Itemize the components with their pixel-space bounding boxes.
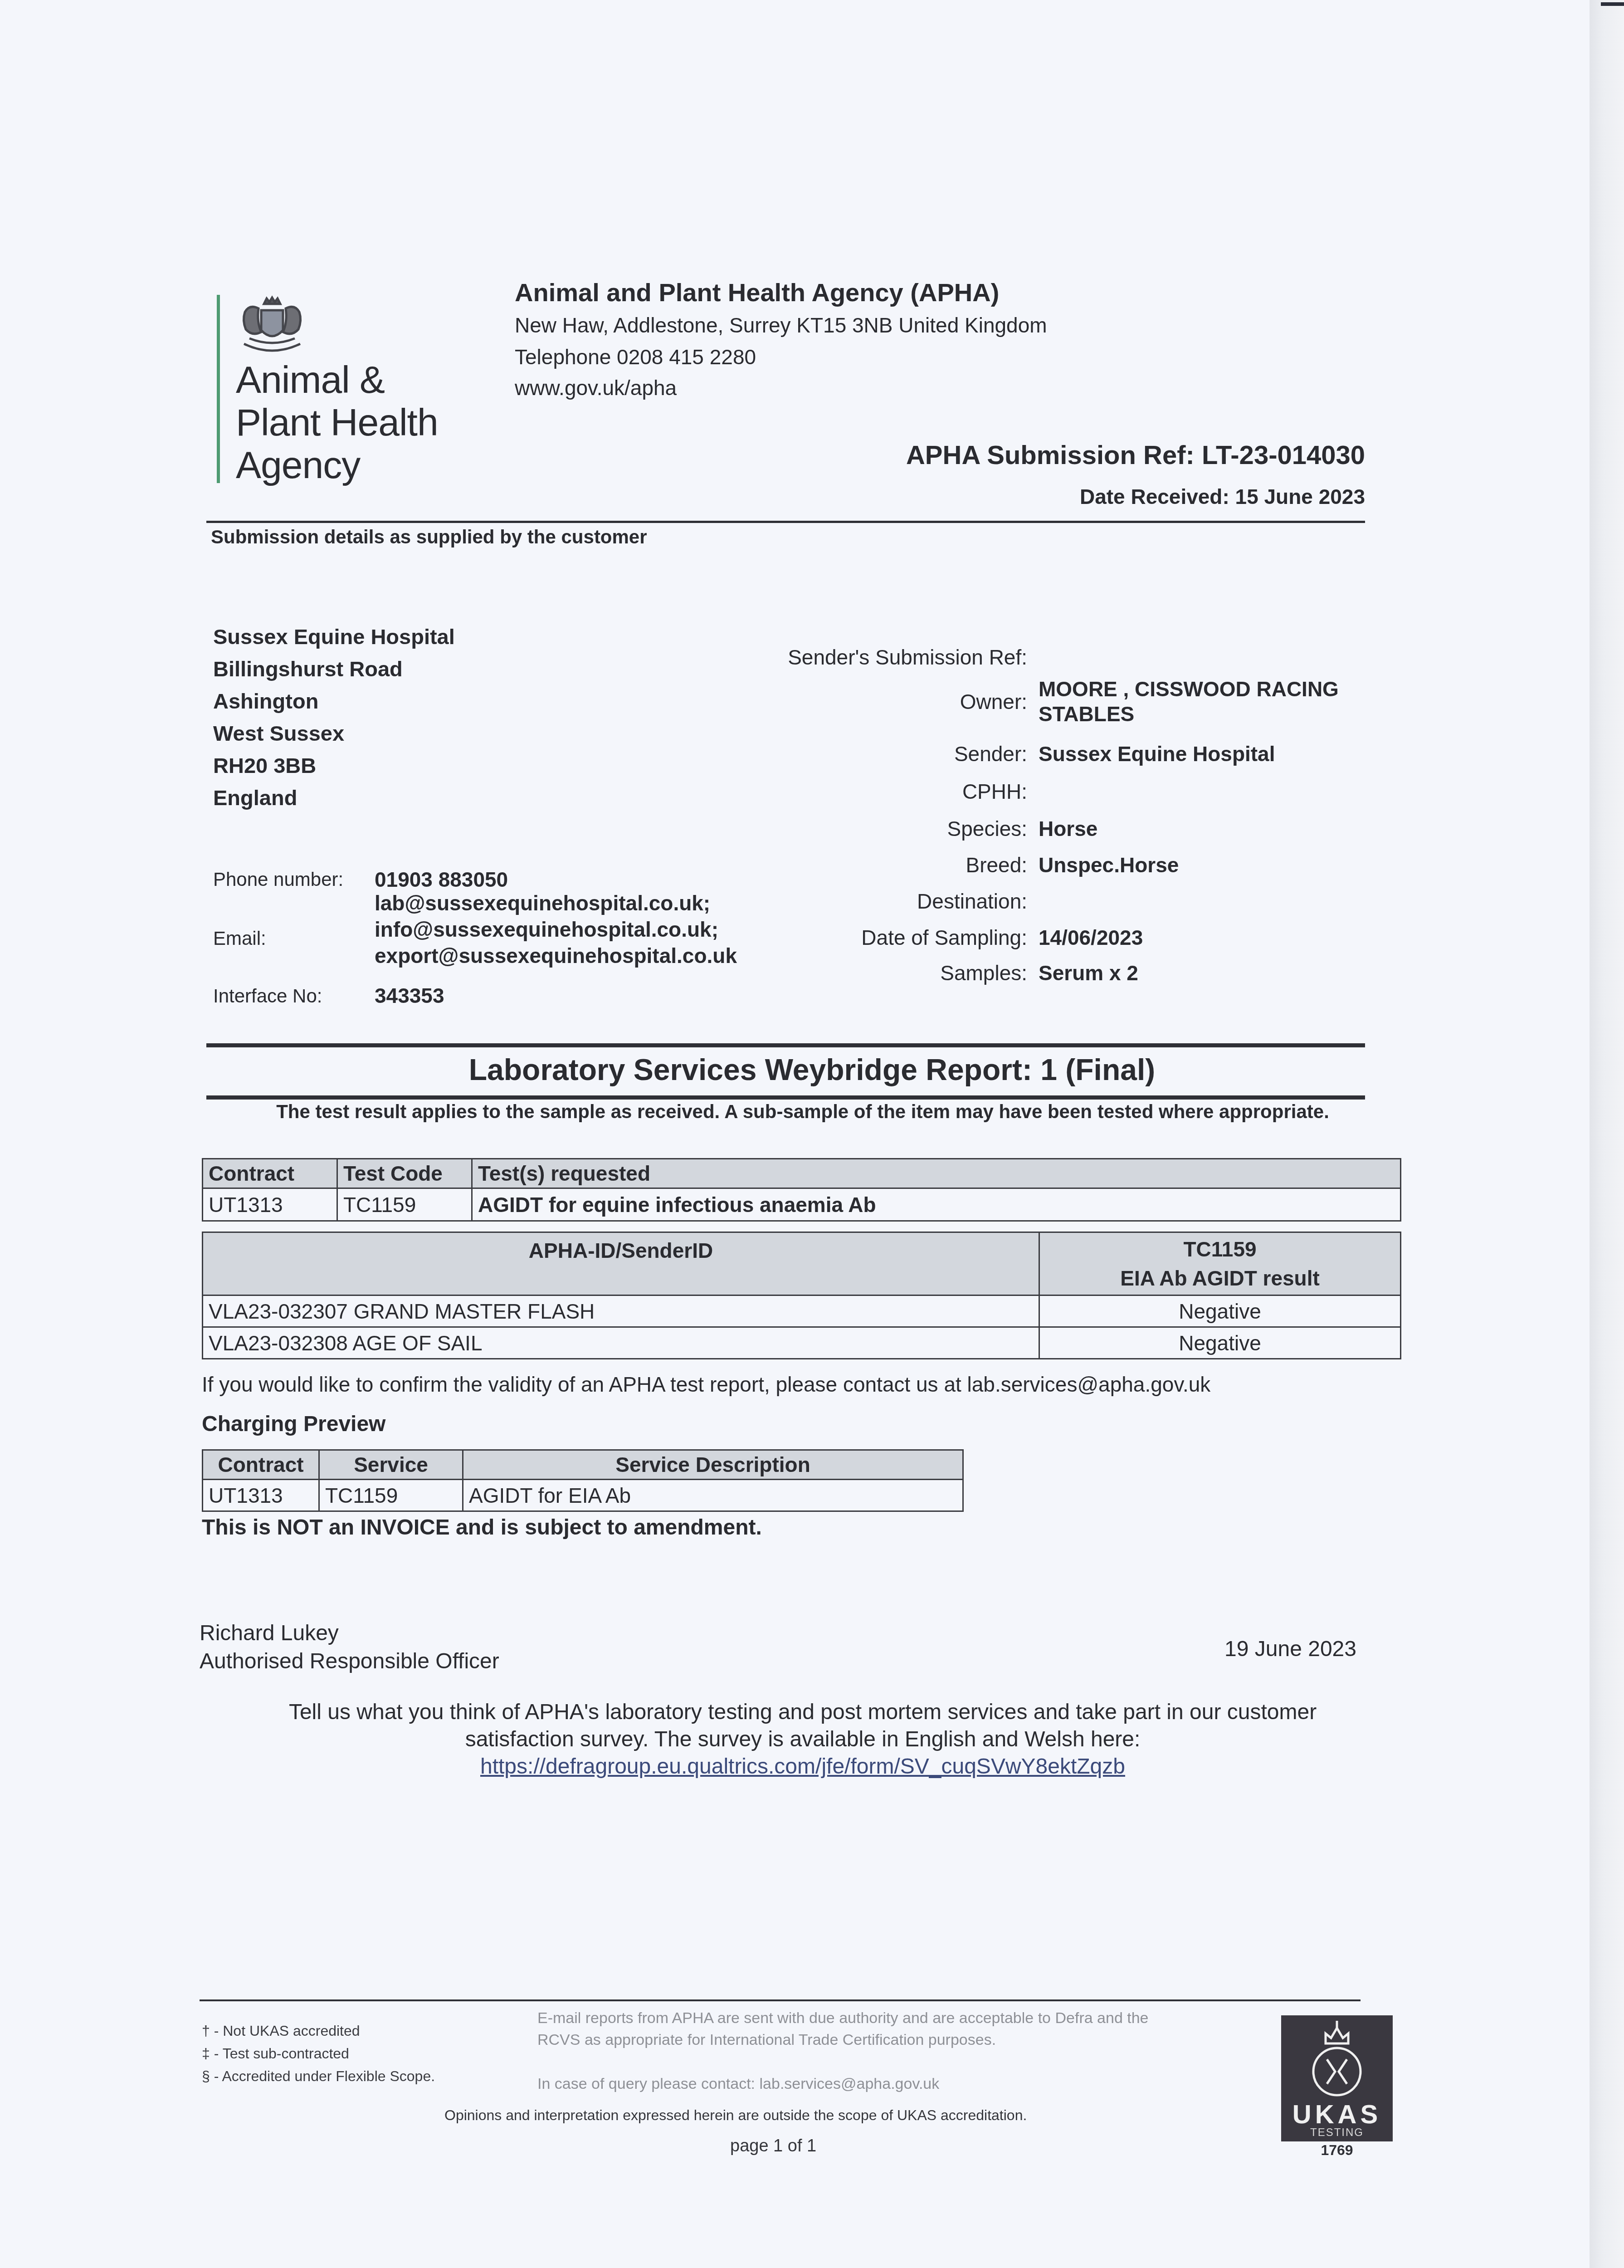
col-header-service: Service <box>319 1450 463 1480</box>
cell-service: TC1159 <box>319 1480 463 1511</box>
signatory-role: Authorised Responsible Officer <box>200 1647 499 1676</box>
survey-invite: Tell us what you think of APHA's laborat… <box>190 1699 1415 1780</box>
cell-sample-id: VLA23-032308 AGE OF SAIL <box>203 1327 1039 1359</box>
breed-value: Unspec.Horse <box>1039 853 1179 877</box>
query-contact: In case of query please contact: lab.ser… <box>537 2075 939 2093</box>
report-date: 19 June 2023 <box>1224 1637 1356 1662</box>
royal-coat-of-arms-icon <box>236 294 308 357</box>
table-row: UT1313 TC1159 AGIDT for EIA Ab <box>203 1480 963 1511</box>
logo-line-3: Agency <box>236 444 438 486</box>
logo-line-1: Animal & <box>236 358 438 401</box>
report-note: The test result applies to the sample as… <box>254 1099 1351 1125</box>
phone-value: 01903 883050 <box>375 866 508 893</box>
address-line: Billingshurst Road <box>213 653 455 685</box>
species-label: Species: <box>574 816 1027 841</box>
owner-label: Owner: <box>574 689 1027 714</box>
interface-value: 343353 <box>375 982 444 1009</box>
date-received: Date Received: 15 June 2023 <box>1080 484 1365 509</box>
ukas-opinions-note: Opinions and interpretation expressed he… <box>444 2107 1027 2124</box>
email-values: lab@sussexequinehospital.co.uk; info@sus… <box>375 890 737 969</box>
owner-value-line2: STABLES <box>1039 702 1134 726</box>
address-line: Ashington <box>213 685 455 717</box>
logo-accent-bar <box>217 295 220 483</box>
org-address: New Haw, Addlestone, Surrey KT15 3NB Uni… <box>515 313 1047 337</box>
email-address[interactable]: info@sussexequinehospital.co.uk; <box>375 916 737 943</box>
phone-label: Phone number: <box>213 869 343 890</box>
agency-logo-text: Animal & Plant Health Agency <box>236 358 438 486</box>
breed-label: Breed: <box>574 853 1027 877</box>
col-header-contract: Contract <box>203 1159 337 1188</box>
ukas-testing: TESTING <box>1281 2126 1393 2139</box>
col-header-apha-id: APHA-ID/SenderID <box>203 1232 1039 1295</box>
sender-label: Sender: <box>574 742 1027 766</box>
charging-table: Contract Service Service Description UT1… <box>202 1449 964 1512</box>
signatory: Richard Lukey Authorised Responsible Off… <box>200 1619 499 1676</box>
email-address[interactable]: lab@sussexequinehospital.co.uk; <box>375 890 737 916</box>
org-website[interactable]: www.gov.uk/apha <box>515 376 677 400</box>
survey-line-1: Tell us what you think of APHA's laborat… <box>190 1699 1415 1726</box>
email-authority-note: E-mail reports from APHA are sent with d… <box>537 2007 1172 2051</box>
ukas-crown-icon <box>1305 2021 1369 2098</box>
page-number: page 1 of 1 <box>730 2136 816 2156</box>
senders-ref-label: Sender's Submission Ref: <box>574 645 1027 670</box>
email-label: Email: <box>213 928 266 949</box>
email-address[interactable]: export@sussexequinehospital.co.uk <box>375 943 737 969</box>
cell-service-description: AGIDT for EIA Ab <box>463 1480 963 1511</box>
table-row: UT1313 TC1159 AGIDT for equine infectiou… <box>203 1188 1401 1221</box>
cell-contract: UT1313 <box>203 1480 319 1511</box>
ukas-accreditation-number: 1769 <box>1281 2142 1393 2159</box>
page-edge-shadow <box>1590 0 1624 2268</box>
footnote-subcontracted: ‡ - Test sub-contracted <box>202 2042 435 2065</box>
species-value: Horse <box>1039 816 1097 841</box>
col-header-tests-requested: Test(s) requested <box>472 1159 1401 1188</box>
col-header-test-code: Test Code <box>337 1159 472 1188</box>
sender-value: Sussex Equine Hospital <box>1039 742 1275 766</box>
address-line: RH20 3BB <box>213 749 455 782</box>
survey-link[interactable]: https://defragroup.eu.qualtrics.com/jfe/… <box>190 1753 1415 1780</box>
date-sampling-value: 14/06/2023 <box>1039 925 1143 950</box>
not-invoice-disclaimer: This is NOT an INVOICE and is subject to… <box>202 1515 762 1540</box>
submission-section-title: Submission details as supplied by the cu… <box>211 526 647 548</box>
org-telephone: Telephone 0208 415 2280 <box>515 345 756 369</box>
samples-value: Serum x 2 <box>1039 961 1138 985</box>
cell-sample-id: VLA23-032307 GRAND MASTER FLASH <box>203 1295 1039 1327</box>
signatory-name: Richard Lukey <box>200 1619 499 1647</box>
col-header-service-description: Service Description <box>463 1450 963 1480</box>
result-test-name: EIA Ab AGIDT result <box>1045 1264 1395 1293</box>
col-header-contract: Contract <box>203 1450 319 1480</box>
ukas-logo: UKAS TESTING <box>1281 2015 1393 2141</box>
page-edge-mark <box>1601 2 1624 6</box>
logo-line-2: Plant Health <box>236 401 438 444</box>
cell-result: Negative <box>1039 1327 1401 1359</box>
owner-value-line1: MOORE , CISSWOOD RACING <box>1039 677 1339 701</box>
address-line: England <box>213 782 455 814</box>
address-line: West Sussex <box>213 717 455 749</box>
org-name: Animal and Plant Health Agency (APHA) <box>515 278 999 307</box>
table-row: VLA23-032308 AGE OF SAIL Negative <box>203 1327 1401 1359</box>
validity-note: If you would like to confirm the validit… <box>202 1372 1210 1397</box>
header-divider <box>206 521 1365 523</box>
footnotes: † - Not UKAS accredited ‡ - Test sub-con… <box>202 2019 435 2087</box>
customer-address: Sussex Equine Hospital Billingshurst Roa… <box>213 621 455 814</box>
footer-divider <box>200 1999 1361 2001</box>
ukas-name: UKAS <box>1281 2099 1393 2130</box>
report-divider-top <box>206 1043 1365 1047</box>
cphh-label: CPHH: <box>574 779 1027 804</box>
tests-requested-table: Contract Test Code Test(s) requested UT1… <box>202 1158 1401 1222</box>
col-header-result: TC1159 EIA Ab AGIDT result <box>1039 1232 1401 1295</box>
cell-contract: UT1313 <box>203 1188 337 1221</box>
cell-test-code: TC1159 <box>337 1188 472 1221</box>
results-table: APHA-ID/SenderID TC1159 EIA Ab AGIDT res… <box>202 1232 1401 1359</box>
footnote-flexible-scope: § - Accredited under Flexible Scope. <box>202 2065 435 2087</box>
charging-preview-title: Charging Preview <box>202 1412 385 1437</box>
result-test-code: TC1159 <box>1045 1235 1395 1264</box>
address-line: Sussex Equine Hospital <box>213 621 455 653</box>
submission-ref: APHA Submission Ref: LT-23-014030 <box>906 440 1365 470</box>
interface-label: Interface No: <box>213 985 322 1007</box>
survey-line-2: satisfaction survey. The survey is avail… <box>190 1726 1415 1753</box>
cell-result: Negative <box>1039 1295 1401 1327</box>
report-title: Laboratory Services Weybridge Report: 1 … <box>0 1052 1624 1087</box>
table-row: VLA23-032307 GRAND MASTER FLASH Negative <box>203 1295 1401 1327</box>
footnote-not-ukas: † - Not UKAS accredited <box>202 2019 435 2042</box>
cell-test-description: AGIDT for equine infectious anaemia Ab <box>472 1188 1401 1221</box>
